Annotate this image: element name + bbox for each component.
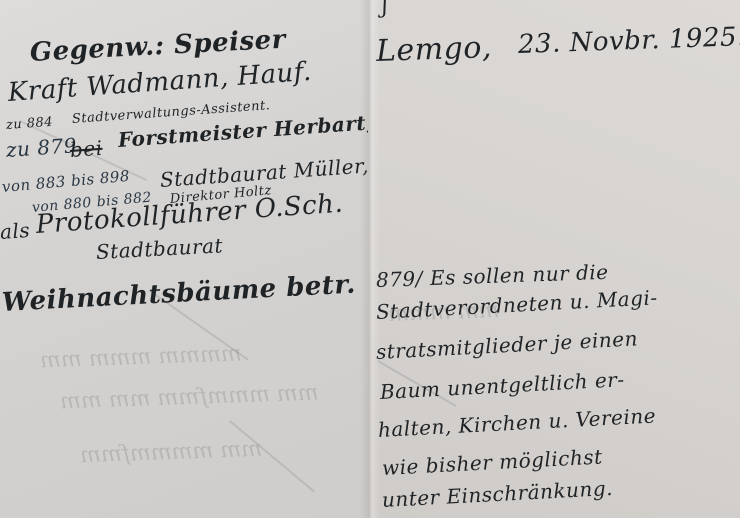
bleed-through-text: mm mmmfmm mm mm: [60, 380, 319, 414]
margin-note: von 883 bis 898: [1, 167, 130, 196]
entry-line: wie bisher möglichst: [381, 444, 603, 480]
document-date: 23. Novbr. 1925.: [517, 22, 740, 60]
margin-note: zu 879: [5, 133, 77, 162]
struck-word: bei: [69, 136, 103, 162]
right-page: mm mmm ʃ Lemgo, 23. Novbr. 1925. 879/ Es…: [368, 0, 740, 518]
left-page: mmmm mmm mm mm mmmfmm mm mm mm mmmmfmm G…: [0, 0, 368, 518]
place-name: Lemgo,: [375, 30, 492, 69]
bleed-through-text: mmmm mmm mm: [40, 341, 242, 373]
entry-line: stratsmitglieder je einen: [375, 326, 638, 364]
bleed-through-text: mm mmmmfmm: [80, 437, 263, 468]
entry-line: Es sollen nur die: [430, 260, 609, 290]
entry-line: Stadtverordneten u. Magi-: [375, 285, 658, 324]
entry-line: halten, Kirchen u. Vereine: [377, 403, 656, 442]
entry-line: Baum unentgeltlich er-: [379, 367, 625, 404]
entry-number: 879/: [376, 266, 424, 292]
stray-stroke: ʃ: [382, 0, 388, 19]
margin-note: zu 884: [5, 115, 53, 133]
page-fold: [360, 0, 380, 518]
entry-line: unter Einschränkung.: [381, 476, 613, 512]
margin-note: als: [0, 218, 31, 244]
attendee-line: Stadtbaurat: [95, 233, 223, 264]
